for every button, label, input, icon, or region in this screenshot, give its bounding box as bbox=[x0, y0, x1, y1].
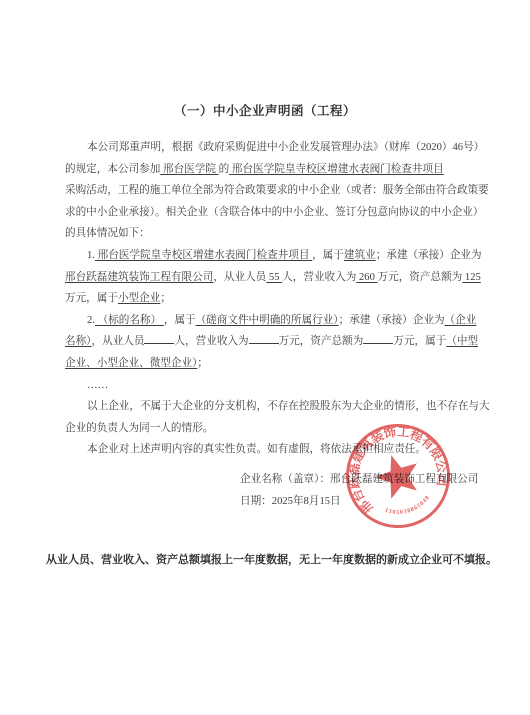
company-name-line: 企业名称（盖章）：邢台跃磊建筑装饰工程有限公司 bbox=[240, 469, 478, 491]
text-line: 本公司郑重声明，根据《政府采购促进中小企业发展管理办法》（财库（2020）46号… bbox=[65, 137, 471, 159]
text-line: 的规定，本公司参加 邢台医学院 的 邢台医学院皇寺校区增建水表阀门检查井项目 bbox=[65, 159, 471, 181]
signature-block: 企业名称（盖章）：邢台跃磊建筑装饰工程有限公司 日期：2025年8月15日 bbox=[240, 469, 478, 513]
text-run: 企业的负责人为同一人的情形。 bbox=[65, 423, 213, 434]
text-line: 名称），从业人员人，营业收入为万元，资产总额为万元，属于（中型 bbox=[65, 331, 471, 353]
text-run: ；承建（承接）企业为 bbox=[339, 315, 445, 326]
text-run: 万元，资产总额为 bbox=[378, 272, 463, 283]
text-run: ，属于 bbox=[164, 315, 196, 326]
text-line: 求的中小企业承接）。相关企业（含联合体中的中小企业、签订分包意向协议的中小企业） bbox=[65, 202, 471, 224]
text-run: 本公司郑重声明，根据《政府采购促进中小企业发展管理办法》（财库（2020）46号… bbox=[87, 142, 484, 153]
underlined-value: 邢台医学院皇寺校区增建水表阀门检查井项目 bbox=[95, 250, 312, 261]
text-run: 采购活动，工程的施工单位全部为符合政策要求的中小企业（或者：服务全部由符合政策要 bbox=[65, 185, 489, 196]
document-body: 本公司郑重声明，根据《政府采购促进中小企业发展管理办法》（财库（2020）46号… bbox=[65, 137, 471, 461]
blank-fill-field bbox=[249, 333, 279, 344]
underlined-value: （企业 bbox=[445, 315, 477, 326]
text-run: 本企业对上述声明内容的真实性负责。如有虚假，将依法承担相应责任。 bbox=[87, 444, 426, 455]
text-run: ； bbox=[197, 358, 208, 369]
text-run: 万元，资产总额为 bbox=[279, 336, 364, 347]
underlined-value: 建筑业 bbox=[344, 250, 376, 261]
blank-fill-field bbox=[144, 333, 174, 344]
underlined-value: （标的名称） bbox=[95, 315, 164, 326]
underlined-value: 小型企业 bbox=[118, 293, 160, 304]
text-run: 万元，属于 bbox=[393, 336, 446, 347]
blank-fill-field bbox=[363, 333, 393, 344]
text-run: 2. bbox=[87, 315, 95, 326]
footer-note: 从业人员、营业收入、资产总额填报上一年度数据，无上一年度数据的新成立企业可不填报… bbox=[46, 551, 496, 567]
text-run: ，从业人员 bbox=[213, 272, 266, 283]
text-run: 的 bbox=[219, 164, 230, 175]
underlined-value: 邢台医学院 bbox=[160, 164, 218, 175]
text-run: 求的中小企业承接）。相关企业（含联合体中的中小企业、签订分包意向协议的中小企业） bbox=[65, 207, 483, 218]
text-run: 人，营业收入为 bbox=[174, 336, 248, 347]
text-line: 以上企业，不属于大企业的分支机构，不存在控股股东为大企业的情形，也不存在与大 bbox=[65, 396, 471, 418]
underlined-value: 名称） bbox=[65, 336, 91, 347]
text-line: 的具体情况如下： bbox=[65, 223, 471, 245]
underlined-value: 260 bbox=[356, 272, 377, 283]
text-line: …… bbox=[65, 375, 471, 397]
date-line: 日期：2025年8月15日 bbox=[240, 491, 478, 513]
text-line: 1. 邢台医学院皇寺校区增建水表阀门检查井项目 ，属于建筑业；承建（承接）企业为 bbox=[65, 245, 471, 267]
text-run: ，从业人员 bbox=[91, 336, 144, 347]
text-run: 的具体情况如下： bbox=[65, 228, 150, 239]
underlined-value: 邢台医学院皇寺校区增建水表阀门检查井项目 bbox=[229, 164, 444, 175]
text-run: 万元，属于 bbox=[65, 293, 118, 304]
text-run: ； bbox=[160, 293, 171, 304]
text-line: 万元，属于小型企业； bbox=[65, 288, 471, 310]
text-run: …… bbox=[87, 380, 108, 391]
text-run: 以上企业，不属于大企业的分支机构，不存在控股股东为大企业的情形，也不存在与大 bbox=[87, 401, 490, 412]
text-run: 人，营业收入为 bbox=[282, 272, 356, 283]
text-line: 本企业对上述声明内容的真实性负责。如有虚假，将依法承担相应责任。 bbox=[65, 439, 471, 461]
text-run: 1. bbox=[87, 250, 95, 261]
text-line: 邢台跃磊建筑装饰工程有限公司，从业人员 55 人，营业收入为 260 万元，资产… bbox=[65, 267, 471, 289]
text-line: 采购活动，工程的施工单位全部为符合政策要求的中小企业（或者：服务全部由符合政策要 bbox=[65, 180, 471, 202]
text-run: ；承建（承接）企业为 bbox=[376, 250, 482, 261]
text-run: ，属于 bbox=[312, 250, 344, 261]
underlined-value: 125 bbox=[462, 272, 481, 283]
document-title: （一）中小企业声明函（工程） bbox=[0, 101, 530, 119]
text-line: 2. （标的名称） ，属于（磋商文件中明确的所属行业）；承建（承接）企业为（企业 bbox=[65, 310, 471, 332]
declaration-document-page: （一）中小企业声明函（工程） 本公司郑重声明，根据《政府采购促进中小企业发展管理… bbox=[0, 0, 530, 715]
underlined-value: （中型 bbox=[446, 336, 478, 347]
text-line: 企业的负责人为同一人的情形。 bbox=[65, 418, 471, 440]
underlined-value: （磋商文件中明确的所属行业） bbox=[196, 315, 339, 326]
underlined-value: 邢台跃磊建筑装饰工程有限公司 bbox=[65, 272, 213, 283]
underlined-value: 55 bbox=[266, 272, 282, 283]
text-line: 企业、小型企业、微型企业）； bbox=[65, 353, 471, 375]
underlined-value: 企业、小型企业、微型企业） bbox=[65, 358, 197, 369]
text-run: 的规定，本公司参加 bbox=[65, 164, 160, 175]
